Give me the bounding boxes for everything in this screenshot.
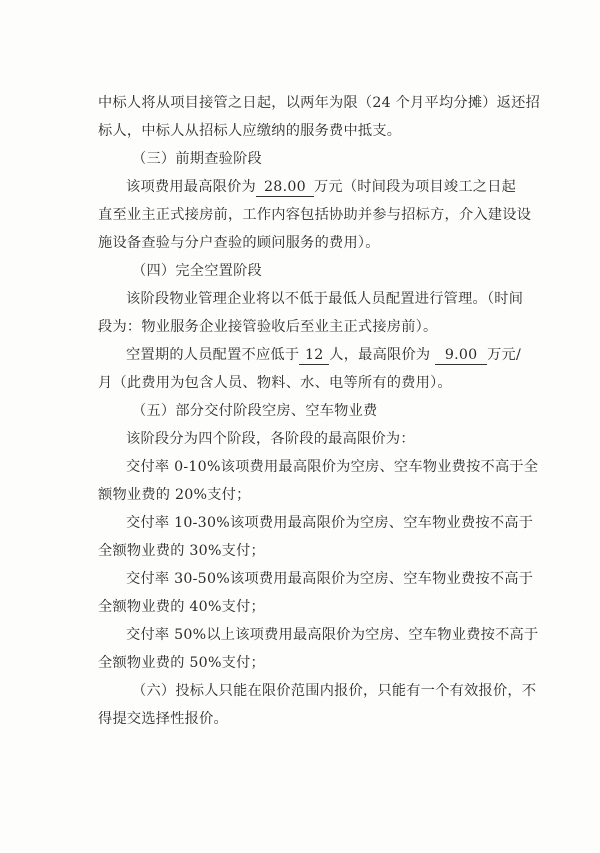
section-6-line-2: 得提交选择性报价。 <box>98 705 520 733</box>
refund-text-line-2: 标人，中标人从招标人应缴纳的服务费中抵支。 <box>98 117 520 145</box>
refund-text-line-1: 中标人将从项目接管之日起，以两年为限（24 个月平均分摊）返还招 <box>98 89 520 117</box>
section-5-intro: 该阶段分为四个阶段，各阶段的最高限价为： <box>98 425 520 453</box>
tier-2-line-2: 全额物业费的 30%支付； <box>98 537 520 565</box>
staff-mid: 人，最高限价为 <box>329 347 430 363</box>
section-4-line-4: 月（此费用为包含人员、物料、水、电等所有的费用）。 <box>98 369 520 397</box>
tier-3-line-1: 交付率 30-50%该项费用最高限价为空房、空车物业费按不高于 <box>98 565 520 593</box>
tier-3-line-2: 全额物业费的 40%支付； <box>98 593 520 621</box>
section-6-line-1: （六）投标人只能在限价范围内报价，只能有一个有效报价，不 <box>98 677 520 705</box>
section-5-heading: （五）部分交付阶段空房、空车物业费 <box>98 397 520 425</box>
staff-count: 12 <box>299 346 329 365</box>
tier-1-line-2: 额物业费的 20%支付； <box>98 481 520 509</box>
tier-1-line-1: 交付率 0-10%该项费用最高限价为空房、空车物业费按不高于全 <box>98 453 520 481</box>
tier-4-line-1: 交付率 50%以上该项费用最高限价为空房、空车物业费按不高于 <box>98 621 520 649</box>
section-4-heading: （四）完全空置阶段 <box>98 257 520 285</box>
inspection-fee-amount: 28.00 <box>256 178 314 197</box>
section-3-line-1: 该项费用最高限价为28.00万元（时间段为项目竣工之日起 <box>98 173 520 201</box>
section-3-line-2: 直至业主正式接房前，工作内容包括协助并参与招标方，介入建设设 <box>98 201 520 229</box>
section-4-line-2: 段为：物业服务企业接管验收后至业主正式接房前）。 <box>98 313 520 341</box>
section-3-prefix: 该项费用最高限价为 <box>126 179 256 195</box>
section-3-suffix: 万元（时间段为项目竣工之日起 <box>314 179 516 195</box>
document-page: 中标人将从项目接管之日起，以两年为限（24 个月平均分摊）返还招 标人，中标人从… <box>98 89 520 733</box>
tier-4-line-2: 全额物业费的 50%支付； <box>98 649 520 677</box>
staff-prefix: 空置期的人员配置不应低于 <box>126 347 299 363</box>
section-4-line-3: 空置期的人员配置不应低于12人，最高限价为 9.00万元/ <box>98 341 520 369</box>
section-3-line-3: 施设备查验与分户查验的顾问服务的费用）。 <box>98 229 520 257</box>
tier-2-line-1: 交付率 10-30%该项费用最高限价为空房、空车物业费按不高于 <box>98 509 520 537</box>
section-3-heading: （三）前期查验阶段 <box>98 145 520 173</box>
monthly-fee-amount: 9.00 <box>435 346 487 365</box>
staff-suffix: 万元/ <box>487 347 521 363</box>
section-4-line-1: 该阶段物业管理企业将以不低于最低人员配置进行管理。（时间 <box>98 285 520 313</box>
